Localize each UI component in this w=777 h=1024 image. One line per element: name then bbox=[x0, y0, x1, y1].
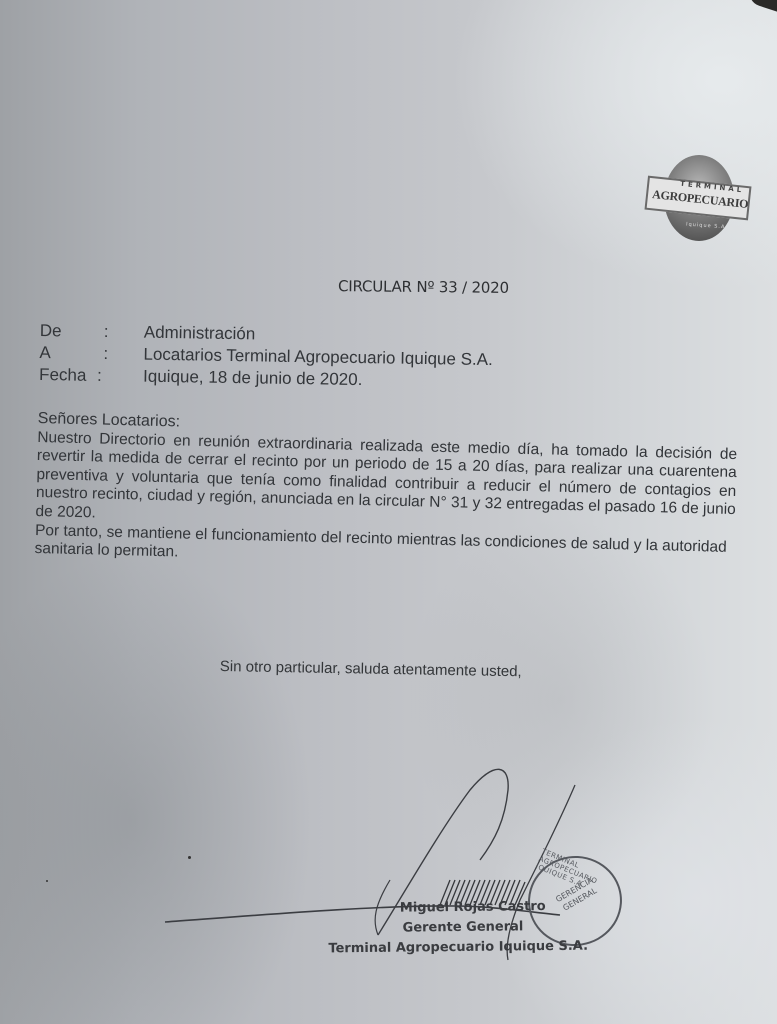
paragraph-decision: Nuestro Directorio en reunión extraordin… bbox=[35, 429, 737, 539]
date-colon: : bbox=[97, 365, 137, 388]
signer-company: Terminal Agropecuario Iquique S.A. bbox=[318, 937, 598, 960]
header-fields: De : Administración A : Locatarios Termi… bbox=[39, 320, 560, 394]
to-label: A bbox=[39, 342, 103, 365]
from-colon: : bbox=[104, 321, 144, 344]
closing-line: Sin otro particular, saluda atentamente … bbox=[220, 658, 522, 680]
date-value: Iquique, 18 de junio de 2020. bbox=[143, 366, 363, 391]
date-label: Fecha bbox=[39, 364, 103, 387]
from-value: Administración bbox=[144, 322, 256, 346]
to-colon: : bbox=[103, 343, 143, 366]
document-page: TERMINAL AGROPECUARIO Iquique S.A. CIRCU… bbox=[0, 0, 777, 1024]
background-edge bbox=[746, 0, 777, 14]
circular-title: CIRCULAR Nº 33 / 2020 bbox=[338, 277, 509, 297]
paper-speck bbox=[46, 880, 48, 882]
from-label: De bbox=[40, 320, 104, 343]
company-logo: TERMINAL AGROPECUARIO Iquique S.A. bbox=[646, 153, 756, 245]
paper-speck bbox=[188, 856, 191, 859]
letter-body: Señores Locatarios: Nuestro Directorio e… bbox=[34, 410, 737, 576]
signature-block: Miguel Rojas Castro Gerente General Term… bbox=[318, 897, 599, 960]
